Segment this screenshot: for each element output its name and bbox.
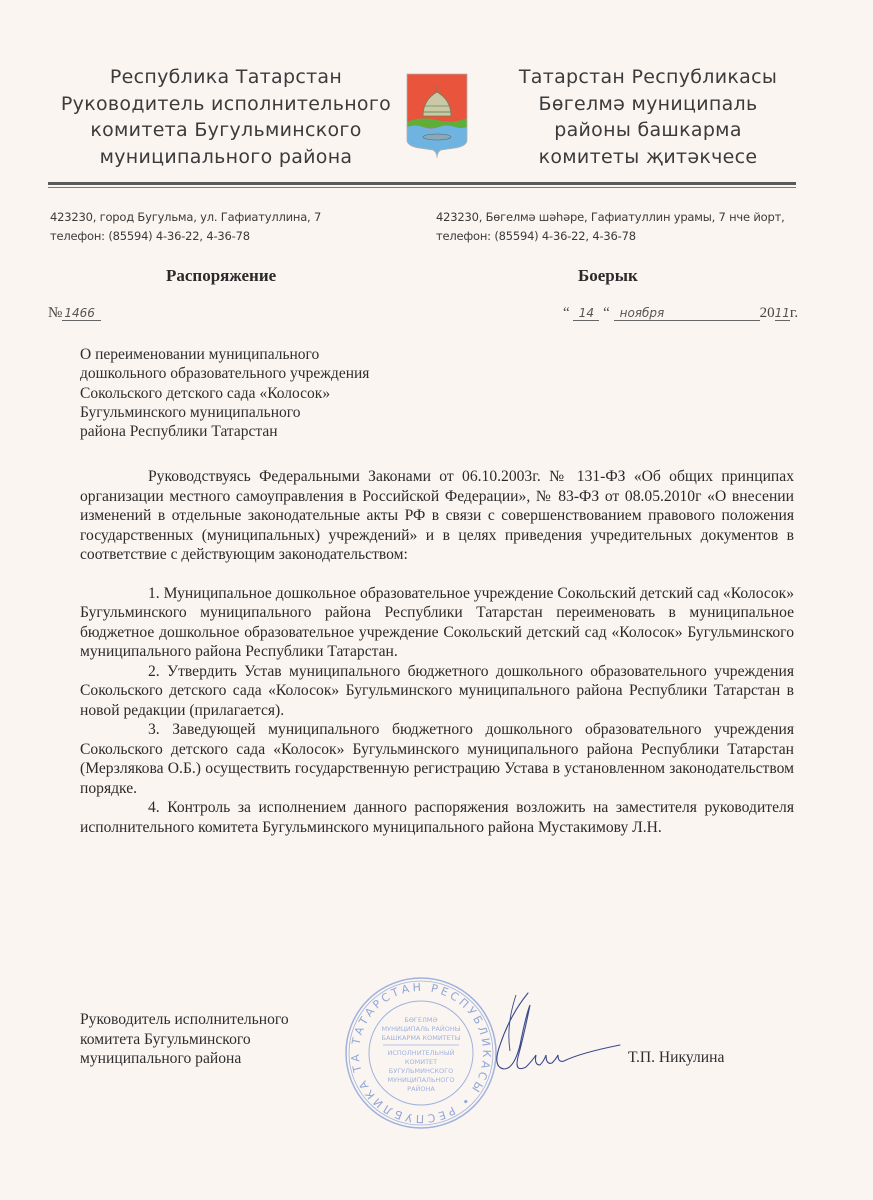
document-number: №1466 [48, 305, 101, 322]
header-line: комитета Бугульминского [56, 117, 396, 144]
handwritten-signature-icon [470, 985, 630, 1085]
header-line: Татарстан Республикасы [478, 64, 818, 91]
subject-line: района Республики Татарстан [80, 422, 440, 441]
header-line: комитеты җитәкчесе [478, 144, 818, 171]
svg-text:БАШКАРМА КОМИТЕТЫ: БАШКАРМА КОМИТЕТЫ [382, 1034, 461, 1042]
svg-text:ИСПОЛНИТЕЛЬНЫЙ: ИСПОЛНИТЕЛЬНЫЙ [388, 1048, 455, 1057]
document-title-tt: Боерык [578, 266, 638, 286]
subject-line: дошкольного образовательного учреждения [80, 364, 440, 383]
year-end: г. [790, 305, 798, 321]
header-line: районы башкарма [478, 117, 818, 144]
preamble-paragraph: Руководствуясь Федеральными Законами от … [80, 467, 794, 565]
svg-text:МУНИЦИПАЛЬНОГО: МУНИЦИПАЛЬНОГО [388, 1076, 455, 1084]
header-line: Республика Татарстан [56, 64, 396, 91]
phone-line: телефон: (85594) 4-36-22, 4-36-78 [50, 227, 321, 246]
document-body: Руководствуясь Федеральными Законами от … [80, 467, 794, 837]
address-line: 423230, город Бугульма, ул. Гафиатуллина… [50, 208, 321, 227]
number-sign: № [48, 305, 62, 321]
header-line: Руководитель исполнительного [56, 91, 396, 118]
order-item-1: 1. Муниципальное дошкольное образователь… [80, 584, 794, 662]
signer-position-line: муниципального района [80, 1049, 289, 1069]
svg-text:КОМИТЕТ: КОМИТЕТ [405, 1058, 437, 1066]
handwritten-number: 1466 [62, 306, 101, 321]
document-title-ru: Распоряжение [166, 266, 276, 286]
quote-open: “ [563, 305, 570, 321]
document-date: “ 14 “ ноября2011г. [563, 305, 798, 322]
coat-of-arms-icon [405, 72, 469, 160]
address-line: 423230, Бөгелмә шәһәре, Гафиатуллин урам… [436, 208, 785, 227]
handwritten-month: ноября [614, 306, 760, 321]
header-divider-thick [48, 182, 796, 185]
document-subject: О переименовании муниципального дошкольн… [80, 345, 440, 441]
signer-position: Руководитель исполнительного комитета Бу… [80, 1010, 289, 1069]
signer-position-line: Руководитель исполнительного [80, 1010, 289, 1030]
subject-line: Сокольского детского сада «Колосок» [80, 384, 440, 403]
address-right: 423230, Бөгелмә шәһәре, Гафиатуллин урам… [436, 208, 785, 246]
svg-text:МУНИЦИПАЛЬ РАЙОНЫ: МУНИЦИПАЛЬ РАЙОНЫ [382, 1024, 461, 1033]
order-item-2: 2. Утвердить Устав муниципального бюджет… [80, 662, 794, 721]
header-divider-thin [48, 187, 796, 188]
order-item-3: 3. Заведующей муниципального бюджетного … [80, 720, 794, 798]
year-prefix: 20 [760, 305, 775, 321]
subject-line: Бугульминского муниципального [80, 403, 440, 422]
svg-text:РАЙОНА: РАЙОНА [407, 1084, 435, 1093]
quote-close: “ [603, 305, 610, 321]
order-item-4: 4. Контроль за исполнением данного распо… [80, 798, 794, 837]
header-left-russian: Республика Татарстан Руководитель исполн… [56, 64, 396, 170]
header-line: муниципального района [56, 144, 396, 171]
header-line: Бөгелмә муниципаль [478, 91, 818, 118]
svg-text:БУГУЛЬМИНСКОГО: БУГУЛЬМИНСКОГО [389, 1067, 453, 1075]
signer-name: Т.П. Никулина [628, 1049, 724, 1067]
subject-line: О переименовании муниципального [80, 345, 440, 364]
header-right-tatar: Татарстан Республикасы Бөгелмә муниципал… [478, 64, 818, 170]
phone-line: телефон: (85594) 4-36-22, 4-36-78 [436, 227, 785, 246]
handwritten-year: 11 [775, 306, 790, 321]
handwritten-day: 14 [573, 306, 599, 321]
signer-position-line: комитета Бугульминского [80, 1030, 289, 1050]
address-left: 423230, город Бугульма, ул. Гафиатуллина… [50, 208, 321, 246]
document-page: Республика Татарстан Руководитель исполн… [0, 0, 873, 1200]
svg-text:БӨГЕЛМӘ: БӨГЕЛМӘ [404, 1016, 437, 1024]
